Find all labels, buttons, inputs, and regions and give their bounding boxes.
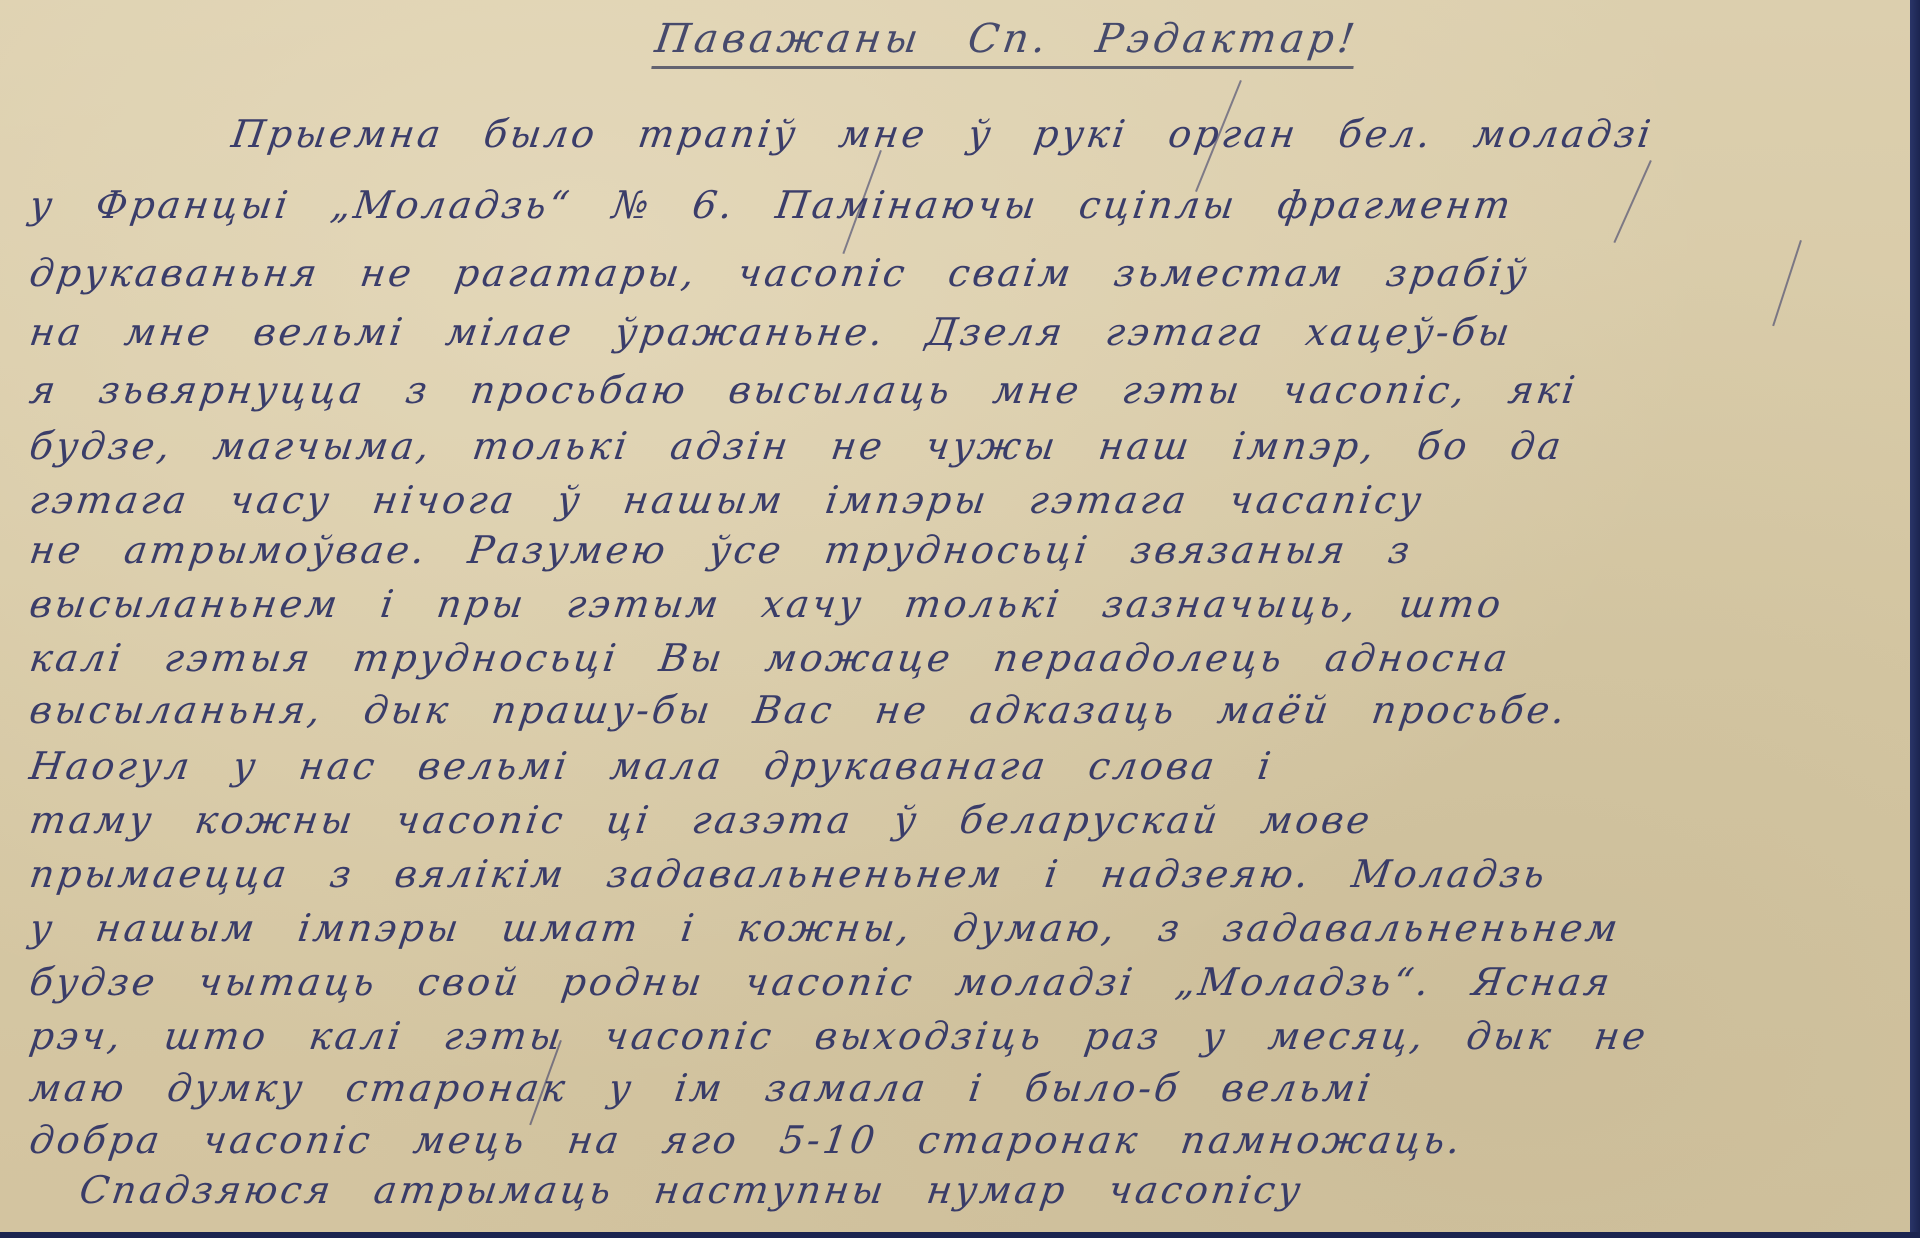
letter-line-20: Спадзяюся атрымаць наступны нумар часопі… — [77, 1168, 1306, 1212]
letter-line-14: прымаецца з вялікім задавальненьнем і на… — [27, 852, 1550, 896]
letter-salutation: Паважаны Сп. Рэдактар! — [651, 16, 1361, 69]
letter-line-9: высыланьнем і пры гэтым хачу толькі зазн… — [27, 582, 1506, 626]
letter-line-19: добра часопіс мець на яго 5-10 старонак … — [27, 1118, 1466, 1162]
letter-line-1: Прыемна было трапіў мне ў рукі орган бел… — [229, 112, 1656, 156]
letter-line-2: у Францыі „Моладзь“ № 6. Памінаючы сціпл… — [27, 183, 1516, 227]
letter-line-17: рэч, што калі гэты часопіс выходзіць раз… — [27, 1014, 1651, 1058]
letter-line-8: не атрымоўвае. Разумею ўсе трудносьці зв… — [27, 528, 1415, 572]
letter-line-4: на мне вельмі мілае ўражаньне. Дзеля гэт… — [27, 310, 1515, 354]
letter-line-15: у нашым імпэры шмат і кожны, думаю, з за… — [27, 906, 1623, 950]
letter-line-5: я зьвярнуцца з просьбаю высылаць мне гэт… — [27, 368, 1581, 412]
letter-line-3: друкаваньня не рагатары, часопіс сваім з… — [27, 251, 1533, 295]
letter-line-12: Наогул у нас вельмі мала друкаванага сло… — [27, 744, 1276, 788]
letter-line-16: будзе чытаць свой родны часопіс моладзі … — [27, 960, 1615, 1004]
letter-page: Паважаны Сп. Рэдактар! Прыемна было трап… — [0, 0, 1910, 1232]
scan-border-right — [1910, 0, 1920, 1238]
letter-line-6: будзе, магчыма, толькі адзін не чужы наш… — [27, 424, 1567, 468]
letter-line-10: калі гэтыя трудносьці Вы можаце пераадол… — [27, 636, 1513, 680]
scan-border-bottom — [0, 1232, 1920, 1238]
ink-stroke — [1613, 160, 1651, 243]
letter-line-13: таму кожны часопіс ці газэта ў беларуска… — [27, 798, 1375, 842]
letter-line-11: высыланьня, дык прашу-бы Вас не адказаць… — [27, 688, 1571, 732]
letter-line-18: маю думку старонак у ім замала і было-б … — [27, 1066, 1376, 1110]
letter-line-7: гэтага часу нічога ў нашым імпэры гэтага… — [27, 478, 1427, 522]
ink-stroke — [1772, 240, 1802, 326]
